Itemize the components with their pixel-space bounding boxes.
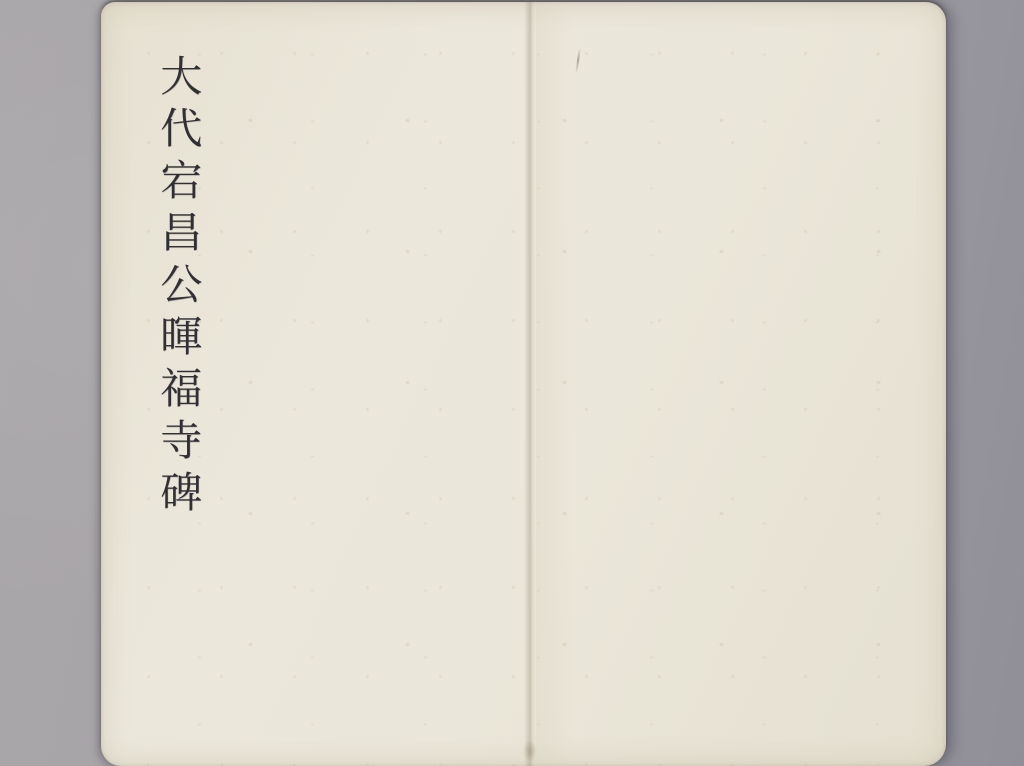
album-open-book: 大代宕昌公暉福寺碑 bbox=[101, 2, 946, 766]
right-page bbox=[536, 2, 946, 766]
center-fold bbox=[524, 2, 536, 766]
title-calligraphy: 大代宕昌公暉福寺碑 bbox=[155, 54, 201, 522]
paper-stain-bottom bbox=[523, 740, 537, 762]
left-page: 大代宕昌公暉福寺碑 bbox=[101, 2, 528, 766]
photo-background: 大代宕昌公暉福寺碑 bbox=[0, 0, 1024, 766]
